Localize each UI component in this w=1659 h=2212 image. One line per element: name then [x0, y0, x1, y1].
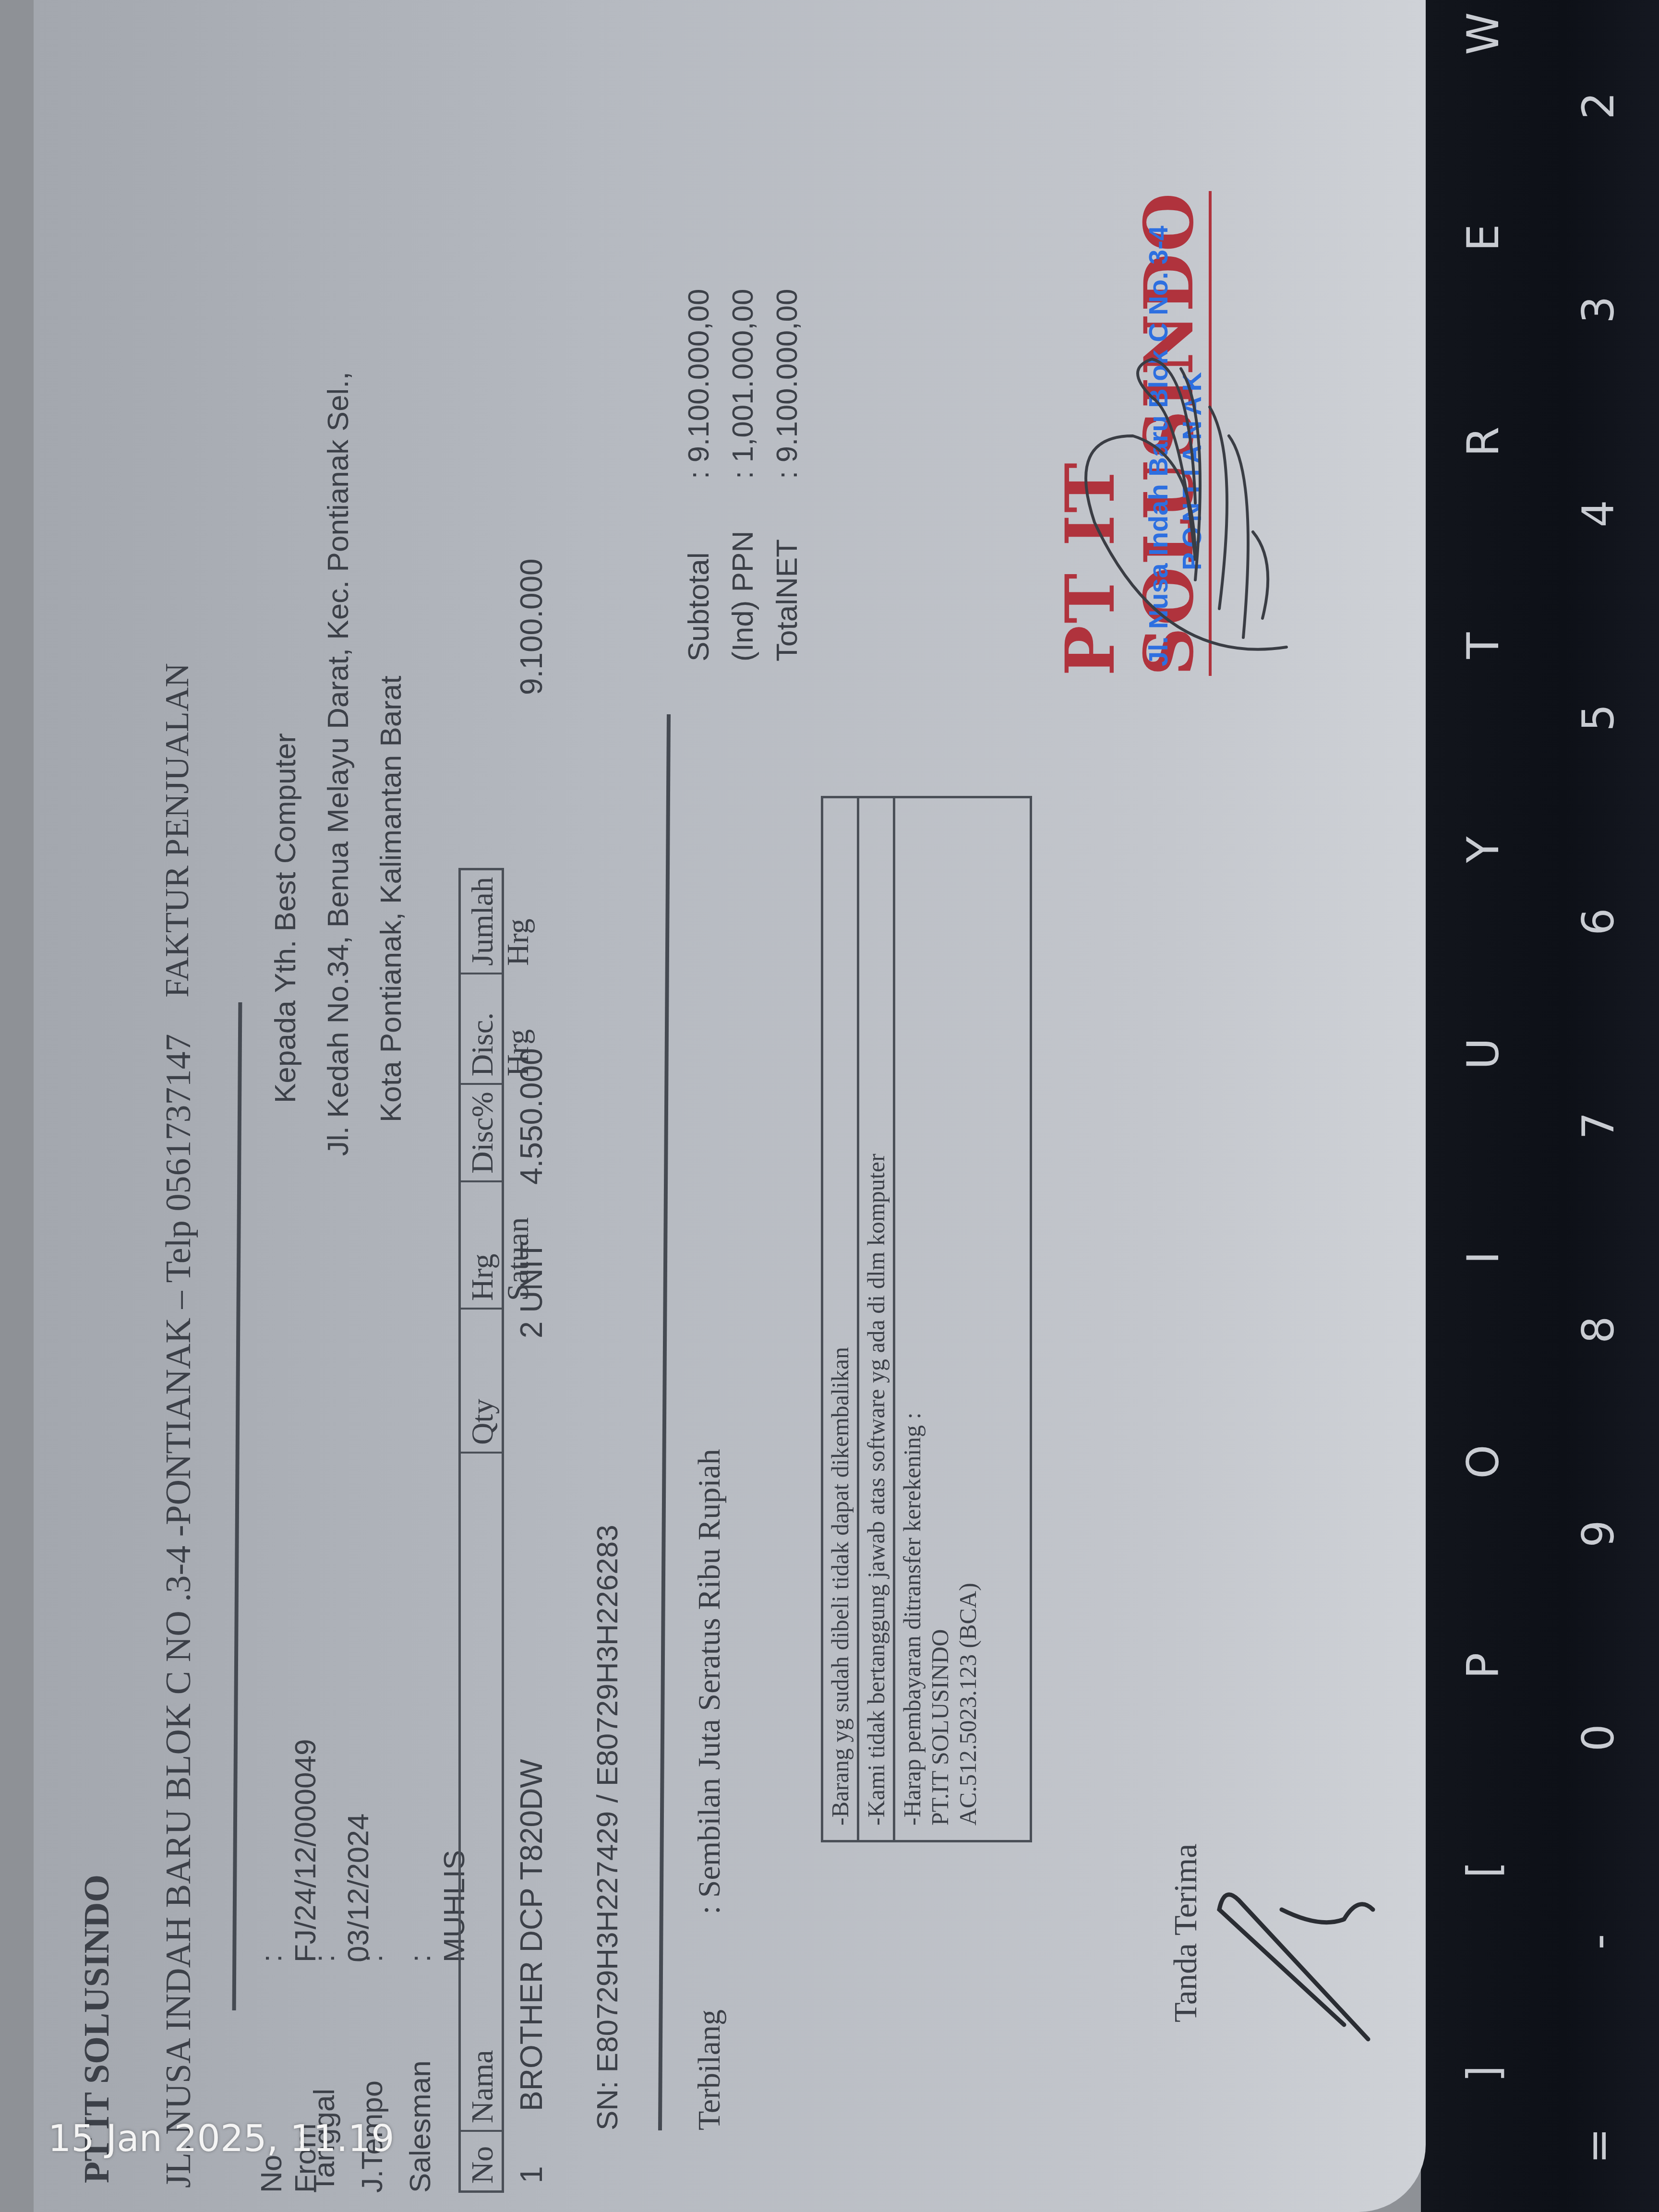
total-net: TotalNET: 9.100.000,00 — [765, 289, 809, 661]
company-stamp: PT IT SOLUSINDO Jl. Nusa Indah Baru Blok… — [1051, 196, 1253, 676]
keyboard-key: P — [1450, 1632, 1517, 1699]
serial-numbers: SN: E80729H3H227429 / E80729H3H226283 — [590, 1525, 625, 2130]
keyboard-key: W — [1450, 0, 1517, 67]
document-title: FAKTUR PENJUALAN — [158, 663, 197, 998]
keyboard-key: O — [1450, 1428, 1517, 1495]
issuer-signature-icon — [1037, 225, 1306, 705]
keyboard-key: 4 — [1565, 480, 1632, 547]
item-harga-satuan: 4.550.000 — [514, 1048, 549, 1185]
keyboard-number-row: 234567890-= — [1565, 0, 1632, 2212]
recipient-name: Kepada Yth. Best Computer — [259, 372, 312, 1156]
keyboard-key: - — [1565, 1908, 1632, 1975]
keyboard-key: 9 — [1565, 1500, 1632, 1567]
terbilang-value: : Sembilan Juta Seratus Ribu Rupiah — [691, 1449, 728, 1914]
keyboard-key: 5 — [1565, 684, 1632, 751]
column-header-disc-pct: Disc% — [461, 1083, 502, 1180]
total-ppn: (Ind) PPN: 1,001.000,00 — [721, 289, 765, 661]
keyboard-letter-row: WERTYUIOP[] — [1450, 0, 1517, 2212]
recipient-block: Kepada Yth. Best Computer Jl. Kedah No.3… — [259, 372, 418, 1156]
keyboard-key: 8 — [1565, 1296, 1632, 1363]
keyboard-key: 3 — [1565, 276, 1632, 343]
terbilang-label: Terbilang — [691, 2009, 728, 2130]
item-no: 1 — [514, 2166, 549, 2183]
column-header-no: No — [461, 2130, 502, 2190]
column-header-qty: Qty — [461, 1308, 502, 1452]
keyboard-key: = — [1565, 2112, 1632, 2179]
keyboard-key: R — [1450, 408, 1517, 475]
meta-value: : — [355, 1954, 389, 1962]
notes-software-disclaimer: -Kami tidak bertanggung jawab atas softw… — [857, 798, 893, 1840]
item-nama: BROTHER DCP T820DW — [514, 1759, 549, 2111]
recipient-address-line2: Kota Pontianak, Kalimantan Barat — [365, 372, 418, 1156]
keyboard-key: 2 — [1565, 72, 1632, 139]
keyboard-key: T — [1450, 612, 1517, 679]
keyboard-key: E — [1450, 204, 1517, 271]
notes-payment-info: -Harap pembayaran ditransfer kerekening … — [893, 798, 985, 1840]
keyboard-key: 0 — [1565, 1704, 1632, 1771]
recipient-address-line1: Jl. Kedah No.34, Benua Melayu Darat, Kec… — [312, 372, 365, 1156]
column-header-nama: Nama — [461, 1452, 502, 2130]
company-address: JL. NUSA INDAH BARU BLOK C NO .3-4 -PONT… — [158, 1034, 199, 2188]
meta-label: Salesman — [403, 2060, 437, 2193]
column-header-jumlah: Jumlah Hrg — [461, 870, 502, 973]
totals-block: Subtotal: 9.100.000,00 (Ind) PPN: 1,001.… — [677, 289, 809, 661]
item-jumlah: 9.100.000 — [514, 558, 549, 695]
keyboard-key: 6 — [1565, 888, 1632, 955]
keyboard-key: ] — [1450, 2040, 1517, 2107]
item-qty: 2 UNIT — [514, 1241, 549, 1338]
header-divider — [232, 1002, 242, 2010]
sales-invoice: PT IT SOLUSINDO JL. NUSA INDAH BARU BLOK… — [34, 100, 1407, 2212]
total-subtotal: Subtotal: 9.100.000,00 — [677, 289, 721, 661]
keyboard-key: 7 — [1565, 1092, 1632, 1159]
keyboard-key: U — [1450, 1020, 1517, 1087]
items-table-header: No Nama Qty Hrg Satuan Disc% Disc. Hrg J… — [458, 868, 504, 2193]
terms-notes-box: -Barang yg sudah dibeli tidak dapat dike… — [821, 796, 1032, 1842]
recipient-signature-icon — [1186, 1804, 1387, 2054]
keyboard-key: Y — [1450, 816, 1517, 883]
column-header-harga-satuan: Hrg Satuan — [461, 1180, 502, 1308]
table-row: 1 BROTHER DCP T820DW 2 UNIT 4.550.000 9.… — [514, 868, 557, 2193]
column-header-disc-harga: Disc. Hrg — [461, 973, 502, 1083]
keyboard-background: WERTYUIOP[] 234567890-= — [1421, 0, 1659, 2212]
items-divider — [658, 714, 671, 2130]
notes-return-policy: -Barang yg sudah dibeli tidak dapat dike… — [823, 798, 857, 1840]
keyboard-key: [ — [1450, 1836, 1517, 1903]
photo-timestamp: 15 Jan 2025, 11.19 — [48, 2117, 394, 2160]
meta-value: : 03/12/2024 — [307, 1814, 375, 1962]
keyboard-key: I — [1450, 1224, 1517, 1291]
